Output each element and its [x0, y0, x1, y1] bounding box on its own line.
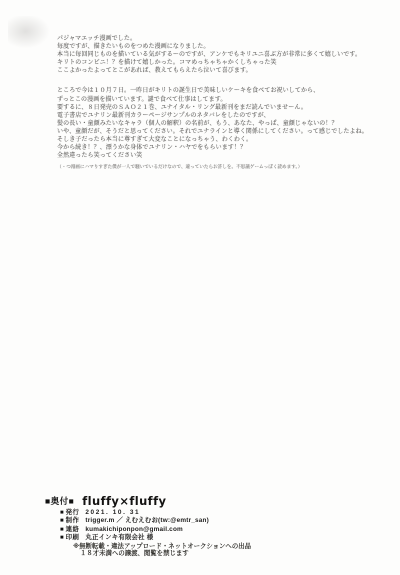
row-value: 丸正インキ有限会社 様: [85, 534, 153, 541]
row-label: 制作: [66, 517, 80, 524]
afterword-line: そしき子だったら本当に尊すぎて大変なことになっちゃう、わくわく。: [57, 136, 379, 144]
colophon-row-contact: ■ 連絡 kumakichiponpon@gmail.com: [60, 526, 209, 534]
row-label: 印刷: [66, 534, 80, 541]
square-bullet-icon: ■: [60, 518, 64, 525]
afterword-line: 電子書店でユナリン最新刊カラーページサンプルのネタバレをしたのですが、: [57, 112, 379, 120]
afterword-paragraph-2: ところで今は１０月７日。一昨日がキリトの誕生日で美味しいケーキを食べてお祝いして…: [57, 87, 379, 171]
square-bullet-icon: ■: [60, 527, 64, 534]
square-bullet-icon: ■: [60, 535, 64, 542]
afterword-line: 髪の長い・童顔みたいなキャラ（個人の解釈）の名前が、もう、あなた、やっぱ、童顔じ…: [57, 120, 379, 128]
colophon-header: ■奥付■ fluffy×fluffy: [45, 494, 166, 508]
afterword-line: ここよかったよってとこがあれば、教えてもらえたら泣いて喜びます。: [57, 67, 379, 75]
afterword-line: 要するに、８日発売のＳＡＯ２１巻、ユナイタル・リング最新刊をまだ読んでいませーん…: [57, 104, 379, 112]
afterword-line: いや、童顔だが、そうだと思ってください。それでユナラインと導く関係にしてください…: [57, 128, 379, 136]
afterword-text: パジャマエッチ漫画でした。 毎度ですが、描きたいものをつめた漫画になりました。 …: [57, 35, 379, 183]
square-bullet-icon: ■: [60, 510, 64, 517]
afterword-line: ずっとこの漫画を描いています。謎で食べて仕事はしてます。: [57, 96, 379, 104]
afterword-line: 全然違ったら笑ってください笑: [57, 152, 379, 160]
row-label: 連絡: [66, 526, 80, 533]
afterword-line: パジャマエッチ漫画でした。: [57, 35, 379, 43]
colophon-row-printer: ■ 印刷 丸正インキ有限会社 様: [60, 534, 209, 542]
scan-smudge: [8, 16, 52, 50]
row-value: 2021. 10. 31: [85, 509, 140, 516]
colophon-rows: ■ 発行 2021. 10. 31 ■ 制作 trigger.m ／ えむえむお…: [60, 509, 209, 543]
row-value: trigger.m ／ えむえむお(tw:@emtr_san): [85, 517, 209, 524]
afterword-footnote: （・つ漫画にハマりすぎた僕が一人で騒いでいるだけなので、違っていたらお許しを。不…: [57, 165, 379, 171]
afterword-paragraph-1: パジャマエッチ漫画でした。 毎度ですが、描きたいものをつめた漫画になりました。 …: [57, 35, 379, 75]
afterword-line: 毎度ですが、描きたいものをつめた漫画になりました。: [57, 43, 379, 51]
afterword-page: パジャマエッチ漫画でした。 毎度ですが、描きたいものをつめた漫画になりました。 …: [0, 0, 400, 575]
notice-line: １８才未満への譲渡、閲覧を禁じます: [73, 550, 251, 557]
okuzuke-label: ■奥付■: [45, 495, 74, 507]
copyright-notice: ※無断転載・違法アップロード・ネットオークションへの出品 １８才未満への譲渡、閲…: [73, 543, 251, 558]
afterword-line: 今から続き！？、漂うかな身体でユナリン・ハヤでをもらいます！？: [57, 144, 379, 152]
row-value: kumakichiponpon@gmail.com: [85, 526, 183, 533]
colophon-row-author: ■ 制作 trigger.m ／ えむえむお(tw:@emtr_san): [60, 517, 209, 525]
afterword-line: ところで今は１０月７日。一昨日がキリトの誕生日で美味しいケーキを食べてお祝いして…: [57, 87, 379, 95]
row-label: 発行: [66, 509, 80, 516]
book-title: fluffy×fluffy: [82, 494, 166, 508]
